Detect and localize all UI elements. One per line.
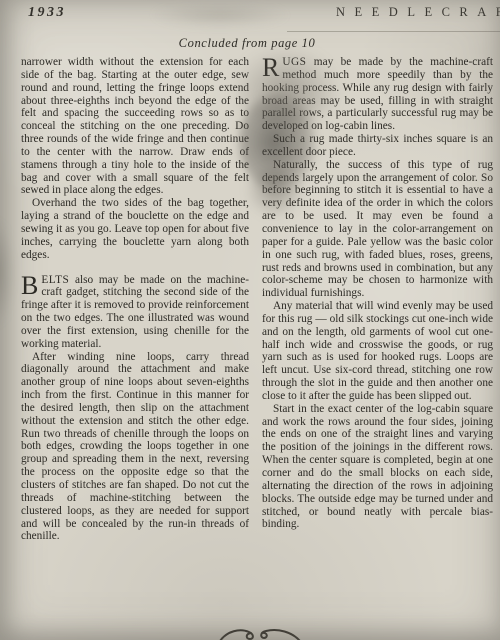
paragraph: Overhand the two sides of the bag togeth… — [21, 197, 249, 261]
paragraph: After winding nine loops, carry thread d… — [21, 351, 249, 544]
paragraph: BELTS also may be made on the machine-cr… — [21, 274, 249, 351]
scanner-shadow-smudge — [246, 168, 304, 218]
dropcap-letter: B — [21, 274, 41, 297]
magazine-title: NEEDLECRAF — [336, 5, 500, 20]
concluded-note: Concluded from page 10 — [0, 36, 494, 51]
header-rule — [287, 31, 500, 32]
paragraph: narrower width without the extension for… — [21, 56, 249, 197]
paragraph: Start in the exact center of the log-cab… — [262, 403, 493, 531]
magazine-page: 1933 NEEDLECRAF Concluded from page 10 n… — [0, 0, 500, 640]
flourish-ornament — [218, 624, 302, 640]
page-header: 1933 NEEDLECRAF — [0, 0, 500, 30]
left-column: narrower width without the extension for… — [21, 56, 249, 543]
page-edge-smudge — [0, 218, 16, 328]
paragraph: Any material that will wind evenly may b… — [262, 300, 493, 403]
lead-word: ELTS — [41, 274, 69, 286]
year-label: 1933 — [28, 5, 66, 21]
